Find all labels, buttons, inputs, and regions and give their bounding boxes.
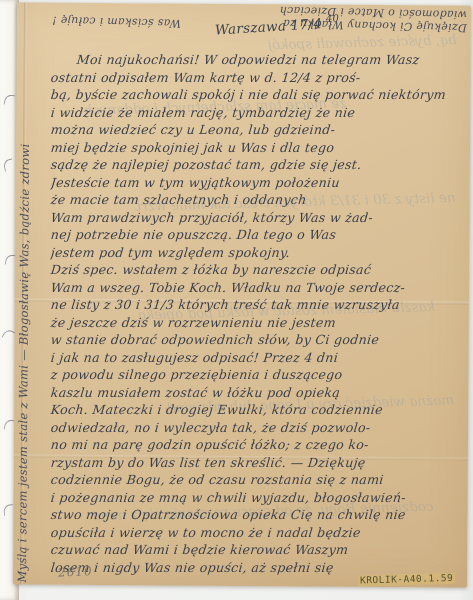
letter-line: ne listy z 30 i 31/3 których treść tak m… [50, 296, 464, 313]
letter-line: można wiedzieć czy u Leona, lub gdzieind… [50, 121, 464, 139]
letter-line: sądzę że najlepiej pozostać tam, gdzie s… [50, 156, 464, 174]
upside-down-note-left: Was ściskam i całuję ! [31, 13, 181, 30]
date-year: 40 [326, 13, 340, 25]
scan-background: że macie tam szlachetnych i oddanych ne … [0, 0, 473, 600]
letter-line: miej będzie spokojniej jak u Was i dla t… [50, 139, 464, 157]
letter-line: i widzicie że miałem rację, tymbardziej … [50, 104, 464, 122]
date-line: Warszawa 17/440 [214, 13, 340, 38]
letter-line: Jesteście tam w tym wyjątkowym położeniu [50, 174, 464, 192]
letter-line: odwiedzała, no i wyleczyła tak, że dziś … [50, 419, 464, 437]
letter-line: rzystam by do Was list ten skreślić. — D… [50, 454, 464, 472]
letter-line: czuwać nad Wami i będzie kierować Waszym [50, 541, 464, 559]
letter-line: no mi na parę godzin opuścić łóżko; z cz… [50, 436, 464, 454]
letter-line: bą, byście zachowali spokój i nie dali s… [50, 86, 464, 104]
letter-sheet: że macie tam szlachetnych i oddanych ne … [13, 2, 471, 587]
letter-body: Moi najukochańsi! W odpowiedzi na telegr… [51, 51, 463, 576]
margin-note-vertical: Myślą i sercem jestem stale z Wami — Bło… [15, 130, 32, 582]
letter-line: w stanie dobrać odpowiednich słów, by Ci… [50, 331, 464, 348]
letter-line: że jeszcze dziś w rozrzewnieniu nie jest… [50, 314, 464, 331]
letter-line: codziennie Bogu, że od czasu rozstania s… [50, 471, 464, 489]
ink-fragment-icon [1, 328, 15, 343]
archive-pencil-number: 2610 [58, 564, 93, 580]
letter-line: Dziś spec. wstałem z łóżka by nareszcie … [50, 261, 464, 279]
letter-line: Moi najukochańsi! W odpowiedzi na telegr… [50, 51, 464, 69]
letter-line: opuściła i wierzę w to mocno że i nadal … [50, 524, 464, 542]
letter-line: kaszlu musiałem zostać w łóżku pod opiek… [50, 384, 464, 402]
letter-line: że macie tam szlachetnych i oddanych [50, 191, 464, 209]
letter-line: Wam prawdziwych przyjaciół, którzy Was w… [50, 209, 464, 227]
letter-line: stwo moje i Opatrznościowa opieka Cię na… [50, 506, 464, 524]
catalog-reference-number: KROLIK-A40.1.59 [358, 573, 456, 587]
letter-line: Koch. Mateczki i drogiej Ewulki, która c… [50, 401, 464, 419]
letter-line: ostatni odpisałem Wam kartę w d. 12/4 z … [50, 69, 464, 87]
ink-fragment-icon [4, 94, 16, 107]
letter-line: z powodu silnego przeziębienia i duszące… [50, 366, 464, 384]
letter-line: jestem pod tym względem spokojny. [50, 244, 464, 262]
ink-fragment-icon [2, 158, 15, 171]
letter-line: i pożegnania ze mną w chwili wyjazdu, bł… [50, 489, 464, 507]
letter-line: nej potrzebie nie opuszczą. Dla tego o W… [50, 226, 464, 244]
letter-line: Wam a wszeg. Tobie Koch. Władku na Twoje… [50, 279, 464, 296]
date-place-day: Warszawa 17/4 [215, 16, 323, 39]
letter-line: i jak na to zasługujesz odpisać! Przez 4… [50, 349, 464, 366]
ink-fragment-icon [3, 504, 14, 516]
